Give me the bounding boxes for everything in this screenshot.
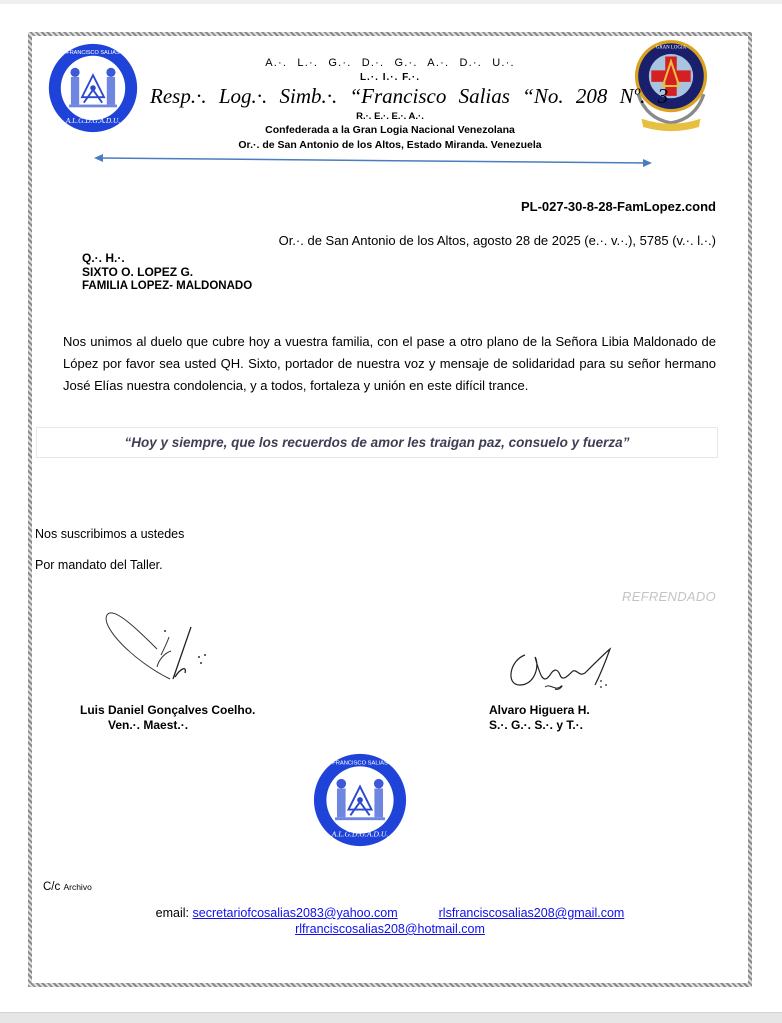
contact-emails: email: secretariofcosalias2083@yahoo.com… [30,906,750,920]
signatory-1: Luis Daniel Gonçalves Coelho. Ven.·. Mae… [80,703,255,733]
cc-prefix: C/c [43,881,60,893]
viewer-bottom-bar [0,1012,782,1023]
contact-emails-line-2: rlfranciscosalias208@hotmail.com [30,922,750,936]
quote-box: “Hoy y siempre, que los recuerdos de amo… [36,427,718,458]
addressee-block: Q.·. H.·. SIXTO O. LOPEZ G. FAMILIA LOPE… [82,251,252,293]
signatory-1-role: Ven.·. Maest.·. [80,718,255,733]
signatory-1-name: Luis Daniel Gonçalves Coelho. [80,703,255,718]
signatory-2-name: Alvaro Higuera H. [489,703,590,718]
cc-value: Archivo [63,882,91,892]
lodge-seal-bottom-icon: A.L.G.D.G.A.D.U. FRANCISCO SALIAS [312,752,408,848]
svg-text:A.L.G.D.G.A.D.U.: A.L.G.D.G.A.D.U. [65,116,121,125]
signature-2-icon [505,645,625,695]
closing-line-2: Por mandato del Taller. [35,558,163,572]
reference-code: PL-027-30-8-28-FamLopez.cond [521,199,716,214]
svg-text:A.L.G.D.G.A.D.U.: A.L.G.D.G.A.D.U. [331,829,389,838]
header-location: Or.·. de San Antonio de los Altos, Estad… [150,139,630,151]
header-lif: L.·. I.·. F.·. [150,72,630,83]
letter-body: Nos unimos al duelo que cubre hoy a vues… [63,331,716,397]
lodge-title: Resp.·. Log.·. Simb.·. “Francisco Salias… [150,84,630,109]
svg-text:FRANCISCO SALIAS: FRANCISCO SALIAS [66,50,120,56]
quote-text: “Hoy y siempre, que los recuerdos de amo… [37,428,717,457]
addressee-family: FAMILIA LOPEZ- MALDONADO [82,279,252,293]
email-label: email: [156,906,189,920]
signature-1-icon [95,607,225,687]
closing-line-1: Nos suscribimos a ustedes [35,527,184,541]
double-arrow-divider [94,152,652,168]
signatory-2-role: S.·. G.·. S.·. y T.·. [489,718,590,733]
svg-text:GRAN LOGIA: GRAN LOGIA [656,45,687,50]
svg-text:FRANCISCO SALIAS: FRANCISCO SALIAS [332,760,388,766]
addressee-salutation: Q.·. H.·. [82,251,252,265]
header-confederation: Confederada a la Gran Logia Nacional Ven… [150,124,630,136]
signatory-2: Alvaro Higuera H. S.·. G.·. S.·. y T.·. [489,703,590,733]
email-link-hotmail[interactable]: rlfranciscosalias208@hotmail.com [295,922,485,936]
header-rite: R.·. E.·. E.·. A.·. [150,111,630,122]
date-line: Or.·. de San Antonio de los Altos, agost… [279,233,716,248]
email-link-yahoo[interactable]: secretariofcosalias2083@yahoo.com [193,906,398,920]
viewer-top-edge [0,0,782,4]
lodge-seal-icon: A.L.G.D.G.A.D.U. FRANCISCO SALIAS [47,42,139,134]
header-motto: A.·. L.·. G.·. D.·. G.·. A.·. D.·. U.·. [150,57,630,69]
refrendado-stamp: REFRENDADO [622,589,716,604]
carbon-copy: C/c Archivo [43,881,92,893]
email-link-gmail[interactable]: rlsfranciscosalias208@gmail.com [439,906,625,920]
addressee-name: SIXTO O. LOPEZ G. [82,265,252,279]
